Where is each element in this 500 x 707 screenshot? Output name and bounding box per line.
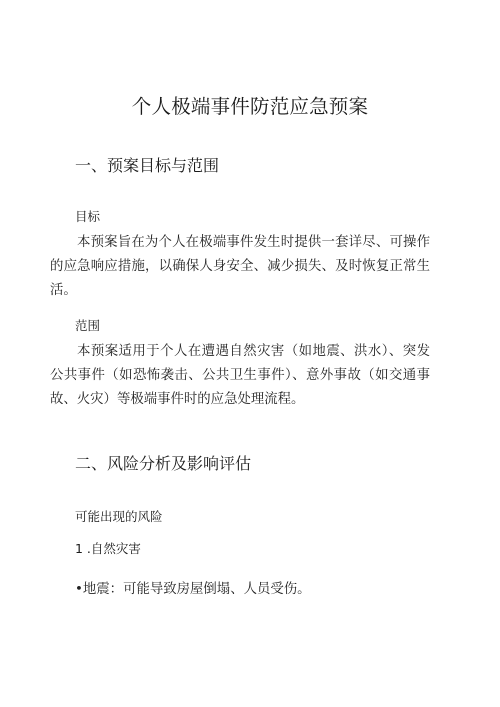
subsection-heading-goal: 目标 xyxy=(75,208,100,226)
subsection-heading-risks: 可能出现的风险 xyxy=(75,508,163,526)
subsection-heading-scope: 范围 xyxy=(75,317,100,335)
document-title: 个人极端事件防范应急预案 xyxy=(0,94,500,120)
section-heading-1: 一、预案目标与范围 xyxy=(75,155,219,177)
section-heading-2: 二、风险分析及影响评估 xyxy=(75,453,251,475)
numbered-item-natural-disaster: 1 .自然灾害 xyxy=(75,540,141,558)
bullet-earthquake: •地震：可能导致房屋倒塌、人员受伤。 xyxy=(75,580,311,600)
scope-paragraph: 本预案适用于个人在遭遇自然灾害（如地震、洪水）、突发公共事件（如恐怖袭击、公共卫… xyxy=(50,340,430,412)
document-page: 个人极端事件防范应急预案 一、预案目标与范围 目标 本预案旨在为个人在极端事件发… xyxy=(0,0,500,707)
goal-paragraph: 本预案旨在为个人在极端事件发生时提供一套详尽、可操作的应急响应措施，以确保人身安… xyxy=(50,231,430,303)
